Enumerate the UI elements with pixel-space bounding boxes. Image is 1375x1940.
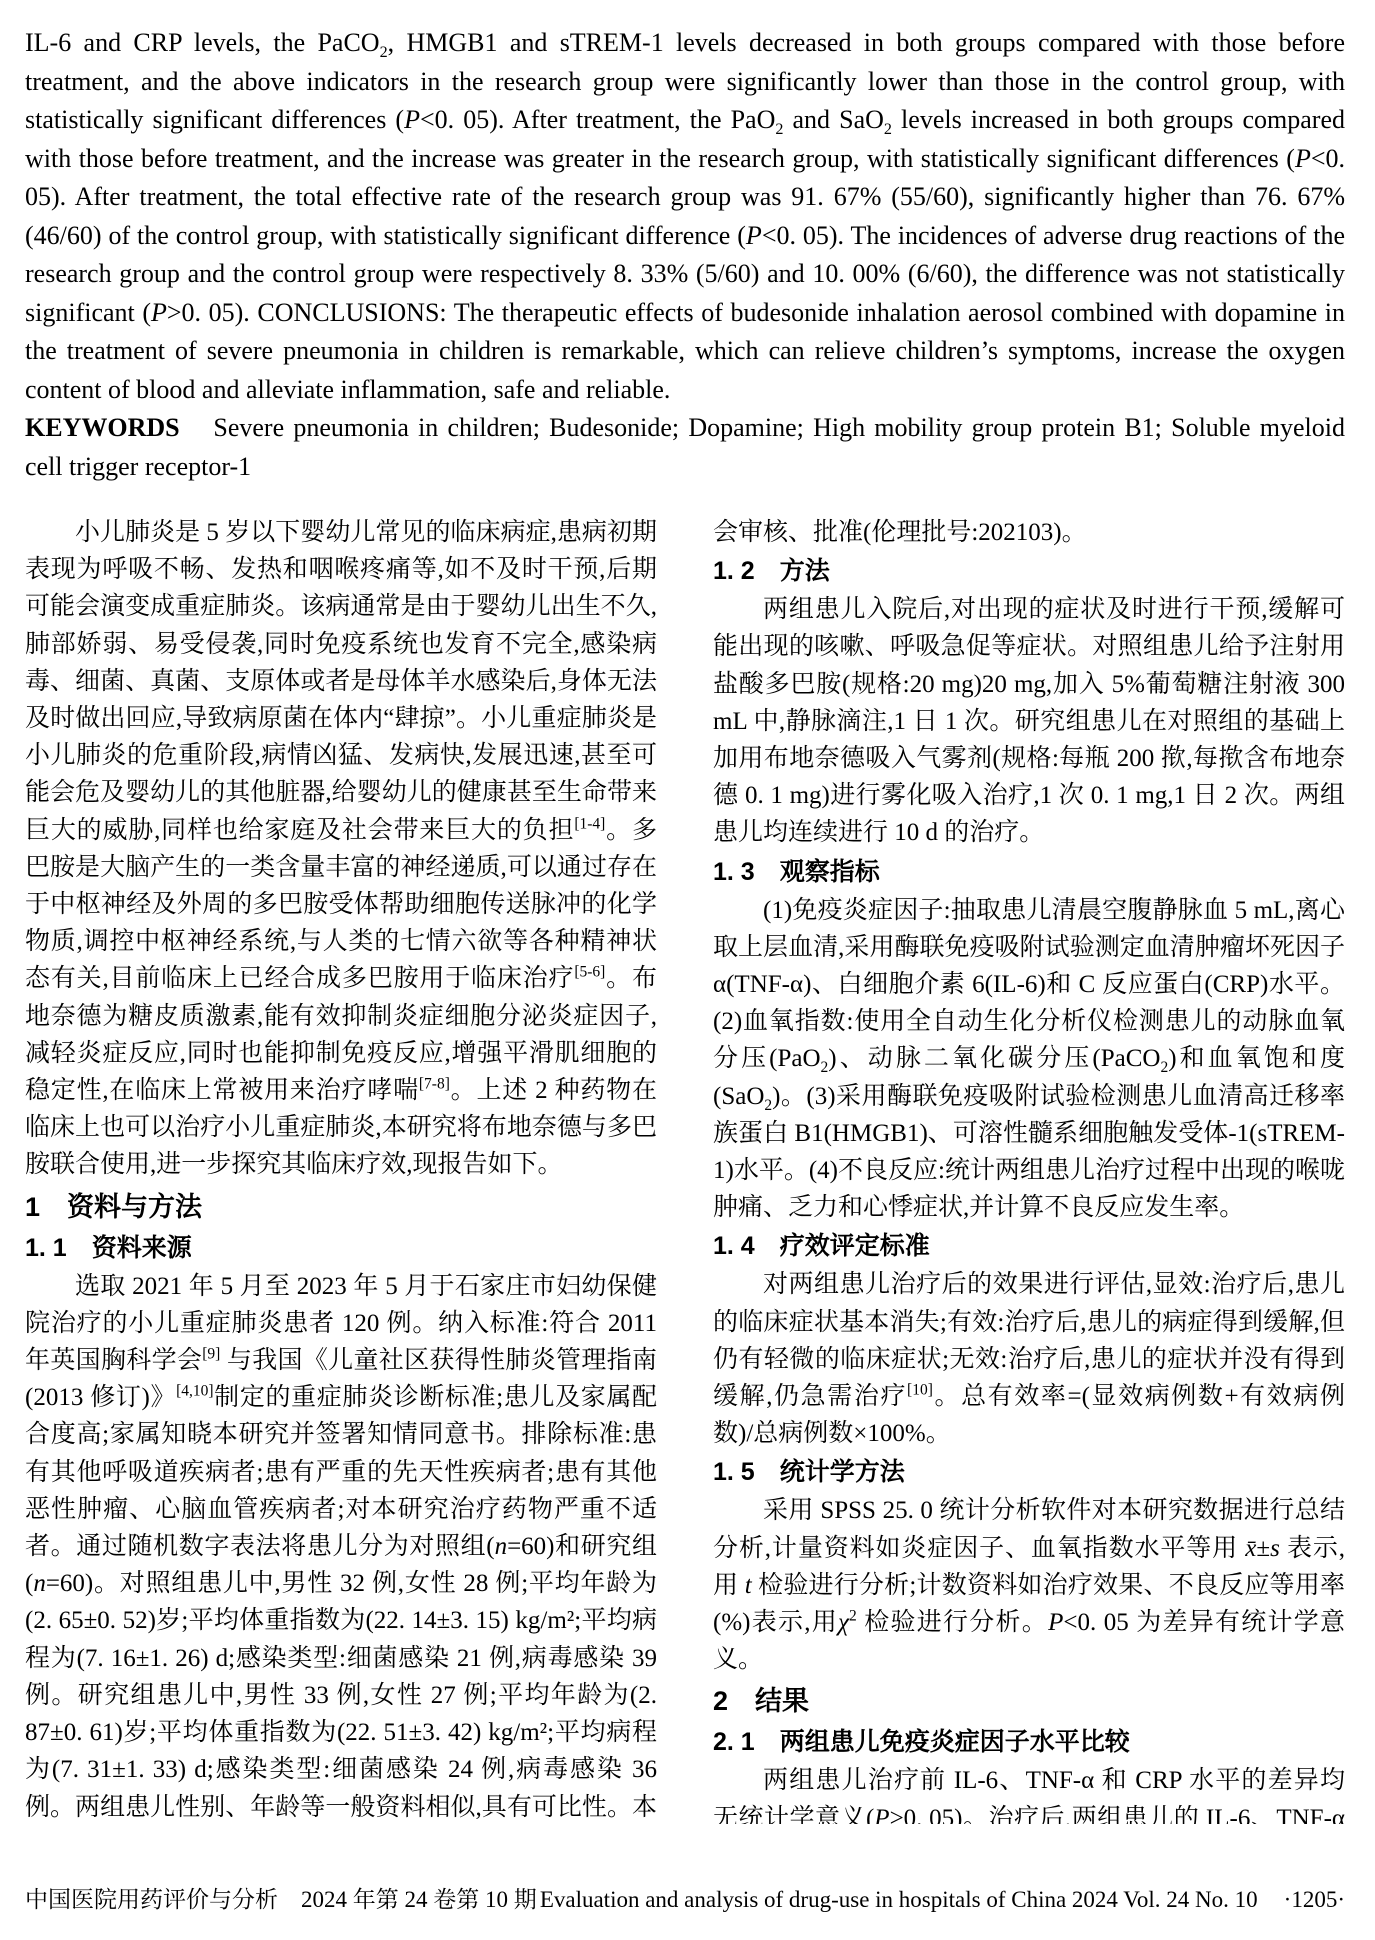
heading-materials-and-methods: 1 资料与方法 (25, 1186, 657, 1228)
data-source-continuation: 会审核、批准(伦理批号:202103)。 (713, 514, 1345, 551)
abstract-body: IL-6 and CRP levels, the PaCO2, HMGB1 an… (25, 24, 1345, 409)
intro-paragraph: 小儿肺炎是 5 岁以下婴幼儿常见的临床病症,患病初期表现为呼吸不畅、发热和咽喉疼… (25, 514, 657, 1184)
footer-right-group: Evaluation and analysis of drug-use in h… (540, 1885, 1345, 1915)
heading-efficacy-criteria: 1. 4 疗效评定标准 (713, 1226, 1345, 1266)
efficacy-criteria-paragraph: 对两组患儿治疗后的效果进行评估,显效:治疗后,患儿的临床症状基本消失;有效:治疗… (713, 1266, 1345, 1452)
abstract-section: IL-6 and CRP levels, the PaCO2, HMGB1 an… (25, 24, 1345, 486)
two-column-body: 小儿肺炎是 5 岁以下婴幼儿常见的临床病症,患病初期表现为呼吸不畅、发热和咽喉疼… (25, 514, 1345, 1824)
keywords-text: Severe pneumonia in children; Budesonide… (25, 413, 1345, 481)
heading-statistical-methods: 1. 5 统计学方法 (713, 1452, 1345, 1492)
footer-journal-title-en: Evaluation and analysis of drug-use in h… (540, 1887, 1258, 1912)
right-column: 会审核、批准(伦理批号:202103)。 1. 2 方法 两组患儿入院后,对出现… (713, 514, 1345, 1824)
paper-page: IL-6 and CRP levels, the PaCO2, HMGB1 an… (0, 0, 1375, 1940)
page-number: ·1205· (1284, 1887, 1345, 1912)
page-footer: 中国医院用药评价与分析 2024 年第 24 卷第 10 期 Evaluatio… (25, 1885, 1345, 1915)
observation-indicators-paragraph: (1)免疫炎症因子:抽取患儿清晨空腹静脉血 5 mL,离心取上层血清,采用酶联免… (713, 892, 1345, 1227)
heading-observation-indicators: 1. 3 观察指标 (713, 852, 1345, 892)
heading-data-source: 1. 1 资料来源 (25, 1228, 657, 1268)
method-paragraph: 两组患儿入院后,对出现的症状及时进行干预,缓解可能出现的咳嗽、呼吸急促等症状。对… (713, 591, 1345, 851)
footer-journal-title-cn: 中国医院用药评价与分析 2024 年第 24 卷第 10 期 (25, 1885, 537, 1915)
heading-method: 1. 2 方法 (713, 551, 1345, 591)
data-source-paragraph: 选取 2021 年 5 月至 2023 年 5 月于石家庄市妇幼保健院治疗的小儿… (25, 1268, 657, 1824)
heading-results: 2 结果 (713, 1680, 1345, 1722)
statistical-methods-paragraph: 采用 SPSS 25. 0 统计分析软件对本研究数据进行总结分析,计量资料如炎症… (713, 1492, 1345, 1678)
results-paragraph: 两组患儿治疗前 IL-6、TNF-α 和 CRP 水平的差异均无统计学意义(P>… (713, 1762, 1345, 1824)
heading-inflammatory-factor-comparison: 2. 1 两组患儿免疫炎症因子水平比较 (713, 1722, 1345, 1762)
keywords-label: KEYWORDS (25, 413, 180, 442)
left-column: 小儿肺炎是 5 岁以下婴幼儿常见的临床病症,患病初期表现为呼吸不畅、发热和咽喉疼… (25, 514, 657, 1824)
keywords-line: KEYWORDSSevere pneumonia in children; Bu… (25, 409, 1345, 486)
